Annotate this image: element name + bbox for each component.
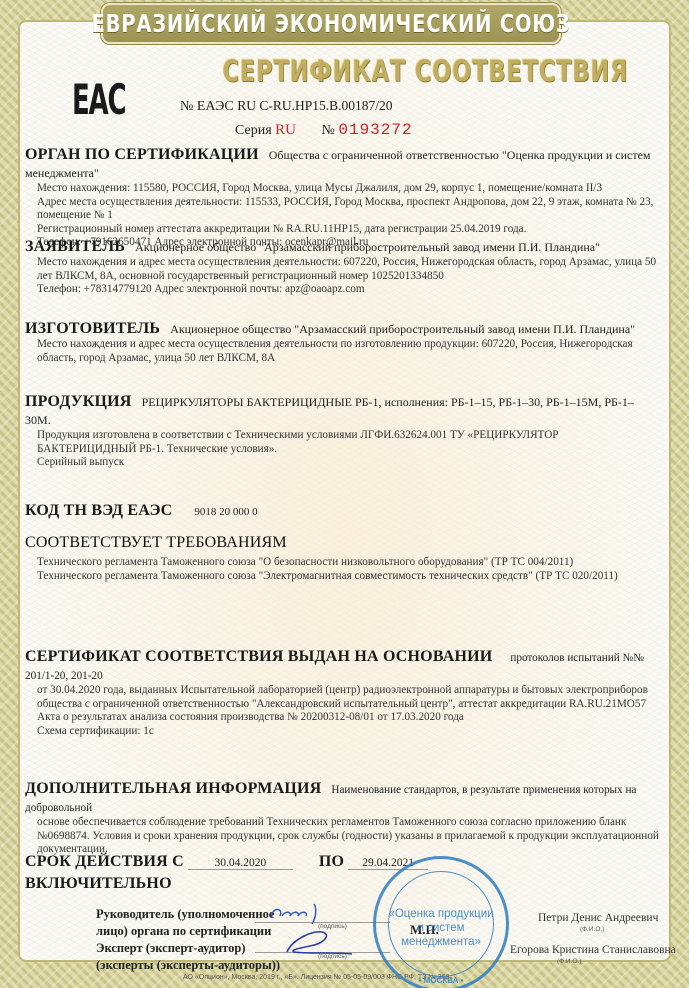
section-heading: ЗАЯВИТЕЛЬ (25, 238, 125, 255)
blank-label: № (322, 123, 335, 138)
requirement-line: Технического регламента Таможенного союз… (37, 570, 659, 584)
requirement-line: Технического регламента Таможенного союз… (37, 556, 659, 570)
product-section: ПРОДУКЦИЯРЕЦИРКУЛЯТОРЫ БАКТЕРИЦИДНЫЕ РБ-… (25, 393, 659, 470)
applicant-line: Место нахождения и адрес места осуществл… (37, 256, 659, 283)
manufacturer-section: ИЗГОТОВИТЕЛЬАкционерное общество "Арзама… (25, 320, 659, 365)
additional-info-section: ДОПОЛНИТЕЛЬНАЯ ИНФОРМАЦИЯНаименование ст… (25, 780, 659, 857)
section-heading: ДОПОЛНИТЕЛЬНАЯ ИНФОРМАЦИЯ (25, 780, 321, 797)
tnved-code: 9018 20 000 0 (194, 506, 257, 518)
section-heading: СЕРТИФИКАТ СООТВЕТСТВИЯ ВЫДАН НА ОСНОВАН… (25, 648, 492, 665)
organization-stamp-icon: «Оценка продукции и систем менеджмента» … (373, 856, 509, 988)
certification-body-line: Регистрационный номер аттестата аккредит… (37, 223, 659, 237)
stamp-city: • МОСКВА • (376, 976, 506, 985)
head-label-line-2: лицо) органа по сертификации (96, 923, 274, 940)
expert-label-line-1: Эксперт (эксперт-аудитор) (96, 940, 280, 957)
section-heading: СООТВЕТСТВУЕТ ТРЕБОВАНИЯМ (25, 534, 659, 552)
blank-number: 0193272 (338, 121, 412, 139)
signature-scribble-icon (262, 900, 362, 960)
series-label: Серия (235, 123, 272, 138)
expert-label-line-2: (эксперты (эксперты-аудиторы)) (96, 957, 280, 974)
series-value: RU (275, 122, 296, 138)
basis-line: Схема сертификации: 1с (37, 725, 659, 739)
section-heading: КОД ТН ВЭД ЕАЭС (25, 502, 172, 519)
product-line: Продукция изготовлена в соответствии с Т… (37, 429, 659, 456)
certificate-title: СЕРТИФИКАТ СООТВЕТСТВИЯ (222, 54, 487, 88)
validity-from-label: СРОК ДЕЙСТВИЯ С (25, 853, 184, 870)
product-line: Серийный выпуск (37, 456, 659, 470)
basis-line: Акта о результатах анализа состояния про… (37, 711, 659, 725)
additional-text: основе обеспечивается соблюдение требова… (37, 816, 659, 857)
certificate-content: СЕРТИФИКАТ СООТВЕТСТВИЯ EAC № ЕАЭС RU C-… (0, 0, 689, 988)
registration-number-line: № ЕАЭС RU C-RU.НР15.В.00187/20 (180, 98, 387, 115)
expert-name-caption: (Ф.И.О.) (557, 958, 581, 965)
stamp-text: «Оценка продукции и систем менеджмента» (384, 907, 498, 949)
head-signature-label: Руководитель (уполномоченное лицо) орган… (96, 906, 274, 940)
validity-section: СРОК ДЕЙСТВИЯ С 30.04.2020 ПО 29.04.2021… (25, 853, 659, 893)
applicant-name: Акционерное общество "Арзамасский прибор… (135, 240, 600, 254)
expert-name: Егорова Кристина Станиславовна (510, 944, 676, 956)
section-heading: ИЗГОТОВИТЕЛЬ (25, 320, 160, 337)
head-name: Петри Денис Андреевич (538, 912, 658, 924)
union-banner-text: ЕВРАЗИЙСКИЙ ЭКОНОМИЧЕСКИЙ СОЮЗ (92, 9, 571, 38)
stamp-text-line-1: «Оценка продукции (384, 907, 498, 921)
manufacturer-name: Акционерное общество "Арзамасский прибор… (170, 322, 635, 336)
validity-to-label: ПО (319, 853, 344, 870)
certification-body-line: Адрес места осуществления деятельности: … (37, 196, 659, 223)
reg-label: № ЕАЭС (180, 99, 234, 114)
section-heading: ПРОДУКЦИЯ (25, 393, 132, 410)
expert-signature-label: Эксперт (эксперт-аудитор) (эксперты (экс… (96, 940, 280, 974)
stamp-text-line-2: и систем менеджмента» (384, 921, 498, 949)
certification-body-line: Место нахождения: 115580, РОССИЯ, Город … (37, 182, 659, 196)
head-name-caption: (Ф.И.О.) (580, 926, 604, 933)
basis-line: от 30.04.2020 года, выданных Испытательн… (37, 684, 659, 711)
validity-date-from: 30.04.2020 (188, 857, 293, 870)
head-label-line-1: Руководитель (уполномоченное (96, 906, 274, 923)
series-line: Серия RU № 0193272 (235, 121, 413, 139)
section-heading: ОРГАН ПО СЕРТИФИКАЦИИ (25, 146, 259, 163)
tnved-section: КОД ТН ВЭД ЕАЭС 9018 20 000 0 (25, 502, 659, 520)
manufacturer-line: Место нахождения и адрес места осуществл… (37, 338, 659, 365)
certification-body-section: ОРГАН ПО СЕРТИФИКАЦИИОбщества с ограниче… (25, 146, 659, 250)
applicant-section: ЗАЯВИТЕЛЬАкционерное общество "Арзамасск… (25, 238, 659, 297)
reg-number: RU C-RU.НР15.В.00187/20 (237, 98, 387, 114)
eac-logo-icon: EAC (72, 75, 125, 124)
validity-inclusive-label: ВКЛЮЧИТЕЛЬНО (25, 875, 659, 893)
applicant-line: Телефон: +78314779120 Адрес электронной … (37, 283, 659, 297)
requirements-section: СООТВЕТСТВУЕТ ТРЕБОВАНИЯМ Технического р… (25, 534, 659, 583)
basis-section: СЕРТИФИКАТ СООТВЕТСТВИЯ ВЫДАН НА ОСНОВАН… (25, 648, 659, 738)
union-banner: ЕВРАЗИЙСКИЙ ЭКОНОМИЧЕСКИЙ СОЮЗ (101, 3, 561, 44)
